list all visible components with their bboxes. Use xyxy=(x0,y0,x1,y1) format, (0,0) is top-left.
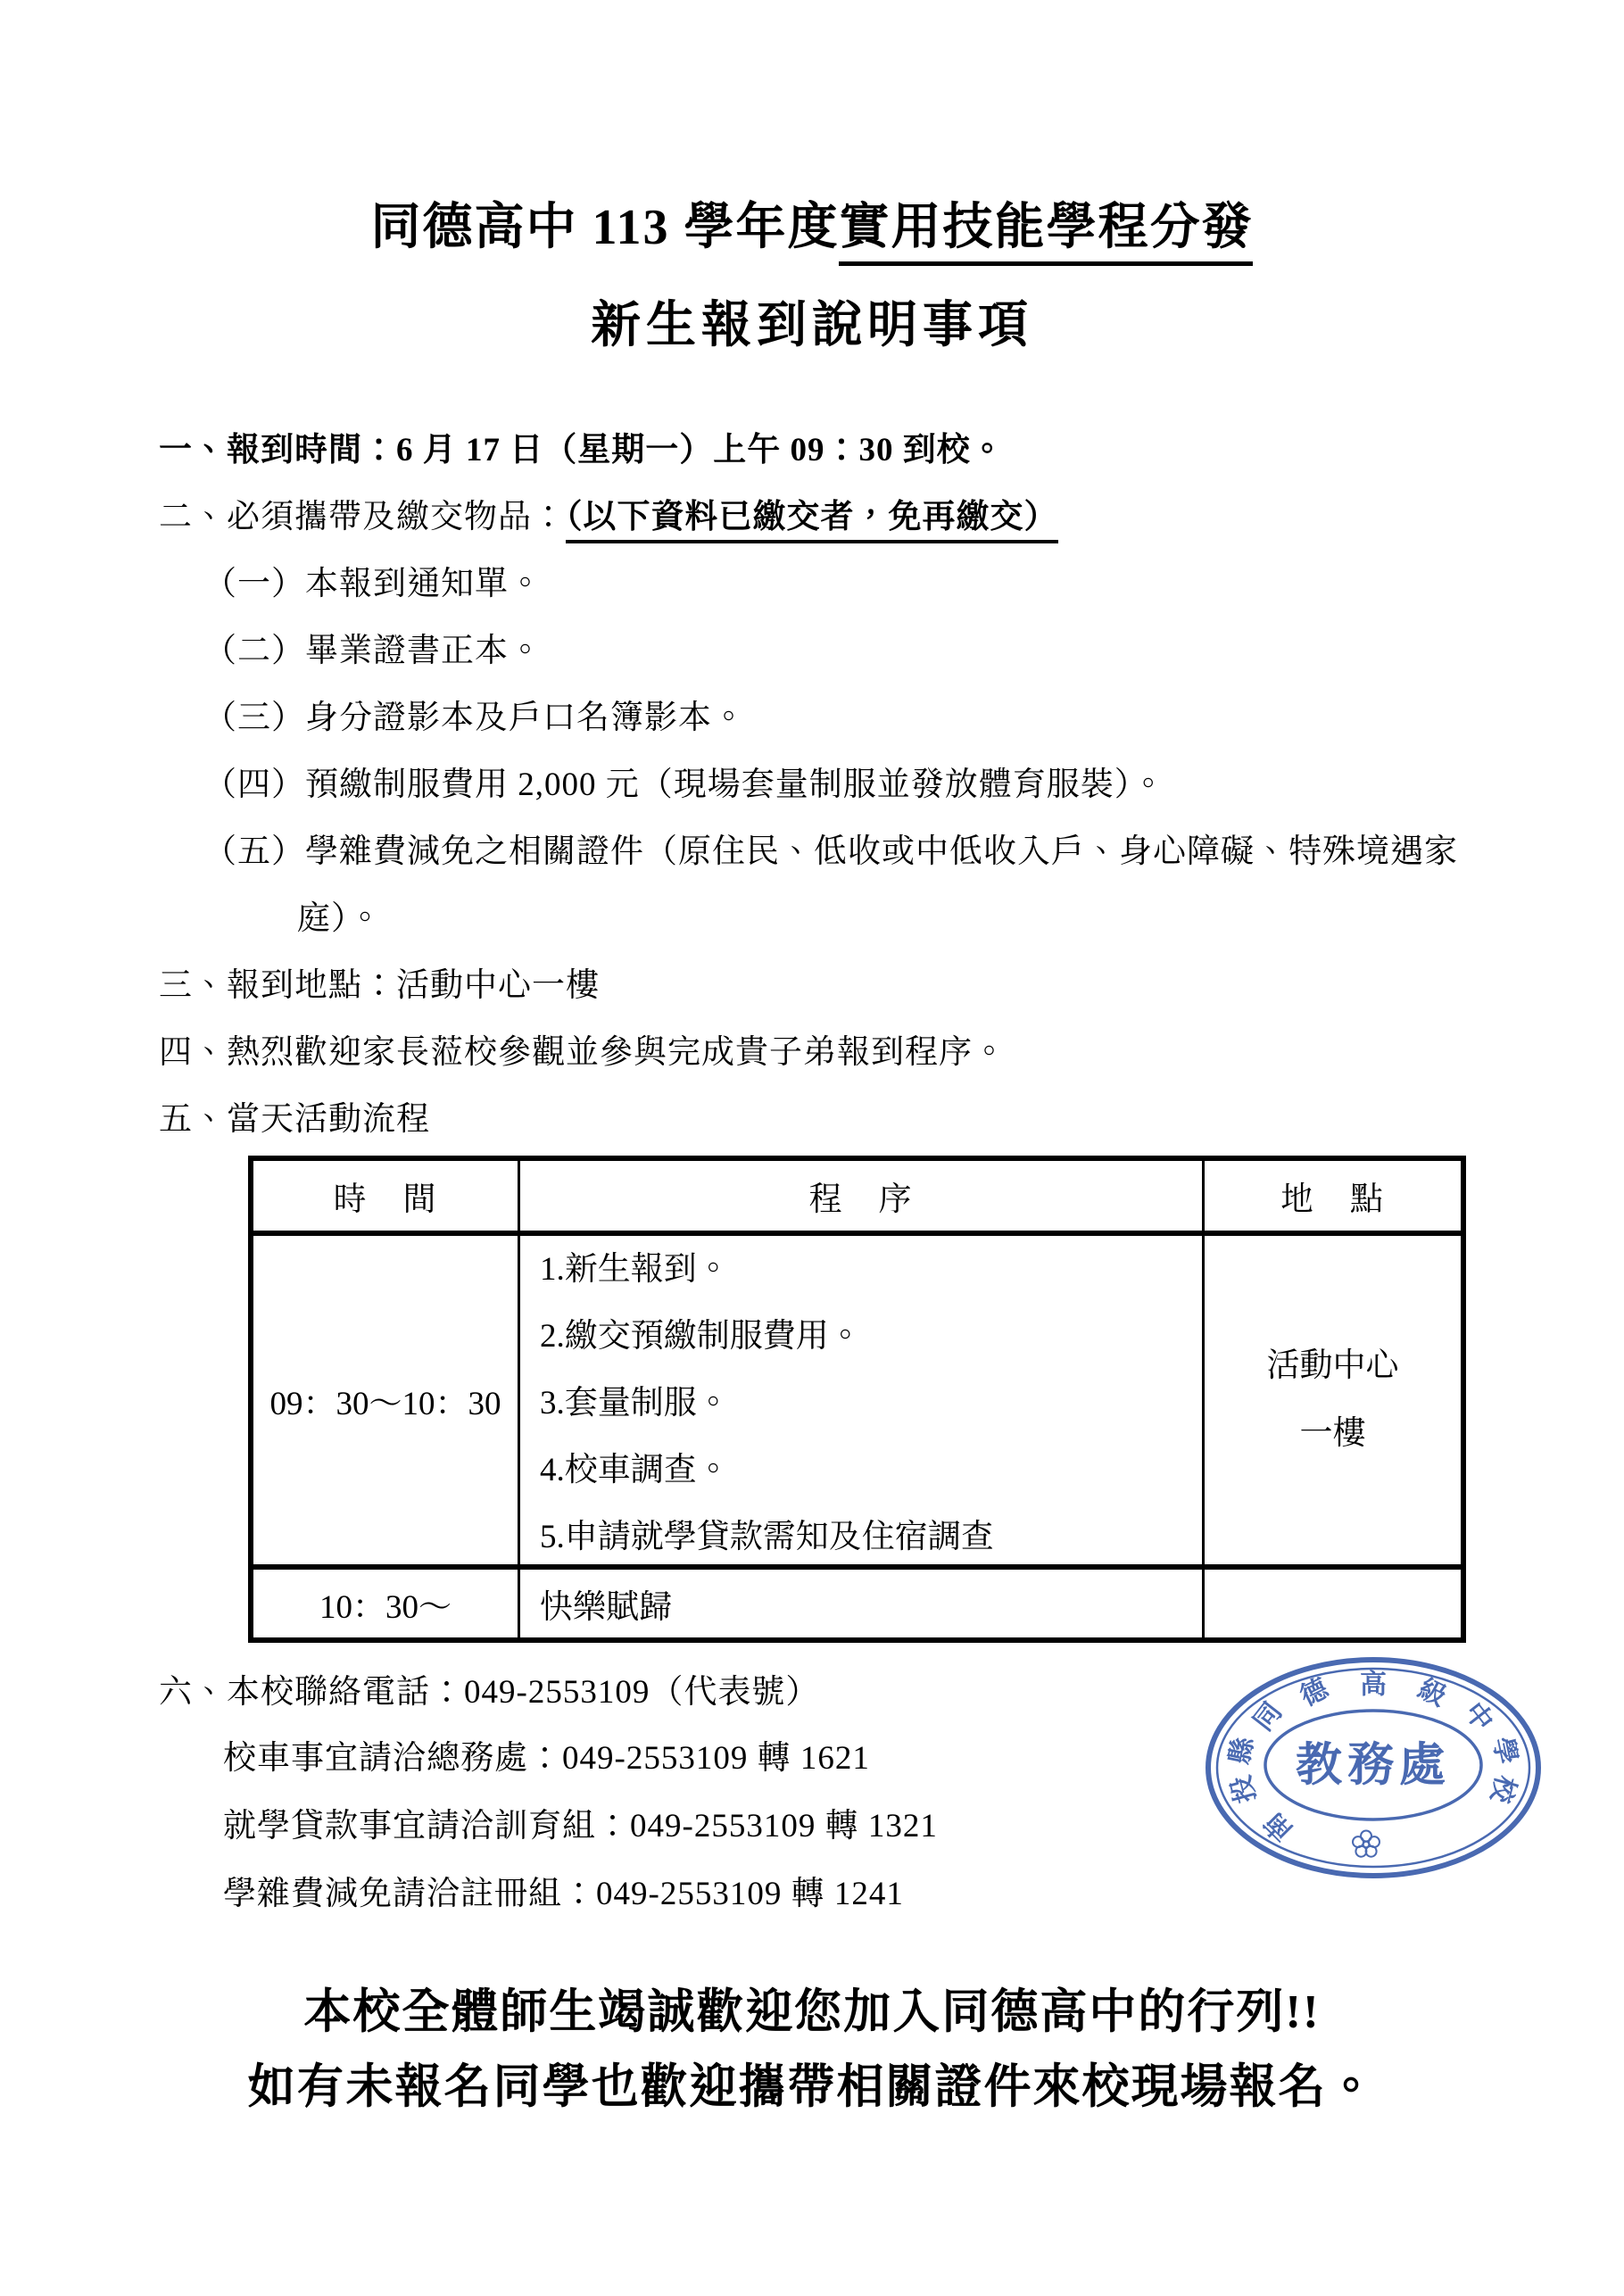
footer-walkin-line: 如有未報名同學也歡迎攜帶相關證件來校現場報名。 xyxy=(0,2049,1624,2117)
schedule-table: 時 間 程 序 地 點 09：30～10：30 1.新生報到。 2.繳交預繳制服… xyxy=(248,1156,1466,1643)
stamp-ring-char-10: 校 xyxy=(1485,1772,1520,1806)
section-2-items-to-bring: 二、必須攜帶及繳交物品：（以下資料已繳交者，免再繳交） xyxy=(159,493,1058,542)
item-3-id-copies: （三）身分證影本及戶口名簿影本。 xyxy=(203,694,746,742)
item-5-fee-waiver: （五）學雜費減免之相關證件（原住民、低收或中低收入戶、身心障礙、特殊境遇家 xyxy=(203,828,1458,876)
location-line-1: 活動中心 xyxy=(1267,1332,1399,1400)
item-4-uniform-fee: （四）預繳制服費用 2,000 元（現場套量制服並發放體育服裝）。 xyxy=(203,761,1165,809)
procedure-step-2: 2.繳交預繳制服費用。 xyxy=(540,1303,1202,1370)
procedure-step-3: 3.套量制服。 xyxy=(540,1370,1202,1437)
table-row-departure: 10：30～ 快樂賦歸 xyxy=(253,1570,1461,1637)
cell-time-morning: 09：30～10：30 xyxy=(253,1236,518,1564)
contact-fee-waiver: 學雜費減免請洽註冊組：049-2553109 轉 1241 xyxy=(223,1870,904,1919)
section-5-schedule: 五、當天活動流程 xyxy=(159,1096,430,1144)
stamp-center-text: 教務處 xyxy=(1296,1740,1451,1792)
stamp-ring-char-9: 學 xyxy=(1487,1735,1522,1767)
section-2-emphasis: （以下資料已繳交者，免再繳交） xyxy=(566,499,1058,543)
cell-time-departure: 10：30～ xyxy=(253,1570,518,1637)
procedure-step-4: 4.校車調查。 xyxy=(540,1437,1202,1504)
section-3-location: 三、報到地點：活動中心一樓 xyxy=(159,962,600,1010)
cell-procedure-departure: 快樂賦歸 xyxy=(518,1570,1205,1637)
plum-blossom-icon xyxy=(1353,1831,1380,1857)
stamp-ring-char-2: 投 xyxy=(1226,1772,1262,1806)
header-time: 時 間 xyxy=(253,1161,518,1231)
stamp-ring-char-3: 縣 xyxy=(1225,1734,1260,1767)
item-1-notice: （一）本報到通知單。 xyxy=(203,560,543,609)
title-underlined-part: 實用技能學程分發 xyxy=(839,200,1253,266)
section-4-parents-welcome: 四、熱烈歡迎家長蒞校參觀並參與完成貴子弟報到程序。 xyxy=(159,1029,1007,1077)
procedure-step-5: 5.申請就學貸款需知及住宿調查 xyxy=(540,1504,1202,1564)
document-title-line1: 同德高中 113 學年度實用技能學程分發 xyxy=(0,187,1624,259)
stamp-ring-char-6: 高 xyxy=(1360,1670,1387,1700)
section-1-report-time: 一、報到時間：6 月 17 日（星期一）上午 09：30 到校。 xyxy=(159,427,1005,475)
item-5-continuation: 庭）。 xyxy=(297,895,383,943)
contact-loan: 就學貸款事宜請洽訓育組：049-2553109 轉 1321 xyxy=(223,1803,938,1851)
location-line-2: 一樓 xyxy=(1300,1400,1366,1468)
document-page: 同德高中 113 學年度實用技能學程分發 新生報到說明事項 一、報到時間：6 月… xyxy=(0,0,1624,2296)
contact-bus: 校車事宜請洽總務處：049-2553109 轉 1621 xyxy=(223,1735,870,1783)
table-header-row: 時 間 程 序 地 點 xyxy=(253,1161,1461,1236)
cell-location-morning: 活動中心 一樓 xyxy=(1205,1236,1461,1564)
cell-location-departure xyxy=(1205,1570,1461,1637)
cell-procedures-morning: 1.新生報到。 2.繳交預繳制服費用。 3.套量制服。 4.校車調查。 5.申請… xyxy=(518,1236,1205,1564)
title-normal-part: 同德高中 113 學年度 xyxy=(371,200,840,255)
section-6-phone: 六、本校聯絡電話：049-2553109（代表號） xyxy=(159,1669,819,1717)
item-2-diploma: （二）畢業證書正本。 xyxy=(203,627,543,676)
footer-welcome-line: 本校全體師生竭誠歡迎您加入同德高中的行列!! xyxy=(0,1974,1624,2042)
procedure-list: 1.新生報到。 2.繳交預繳制服費用。 3.套量制服。 4.校車調查。 5.申請… xyxy=(520,1236,1202,1564)
header-procedure: 程 序 xyxy=(518,1161,1205,1231)
stamp-ring-char-1: 南 xyxy=(1259,1807,1299,1847)
academic-affairs-office-stamp: 教務處 南 投 縣 同 德 高 級 中 學 校 xyxy=(1201,1654,1545,1881)
document-title-line2: 新生報到說明事項 xyxy=(0,286,1624,357)
section-2-prefix: 二、必須攜帶及繳交物品： xyxy=(159,499,566,535)
procedure-step-1: 1.新生報到。 xyxy=(540,1236,1202,1303)
header-location: 地 點 xyxy=(1205,1161,1461,1231)
table-row-morning: 09：30～10：30 1.新生報到。 2.繳交預繳制服費用。 3.套量制服。 … xyxy=(253,1236,1461,1570)
